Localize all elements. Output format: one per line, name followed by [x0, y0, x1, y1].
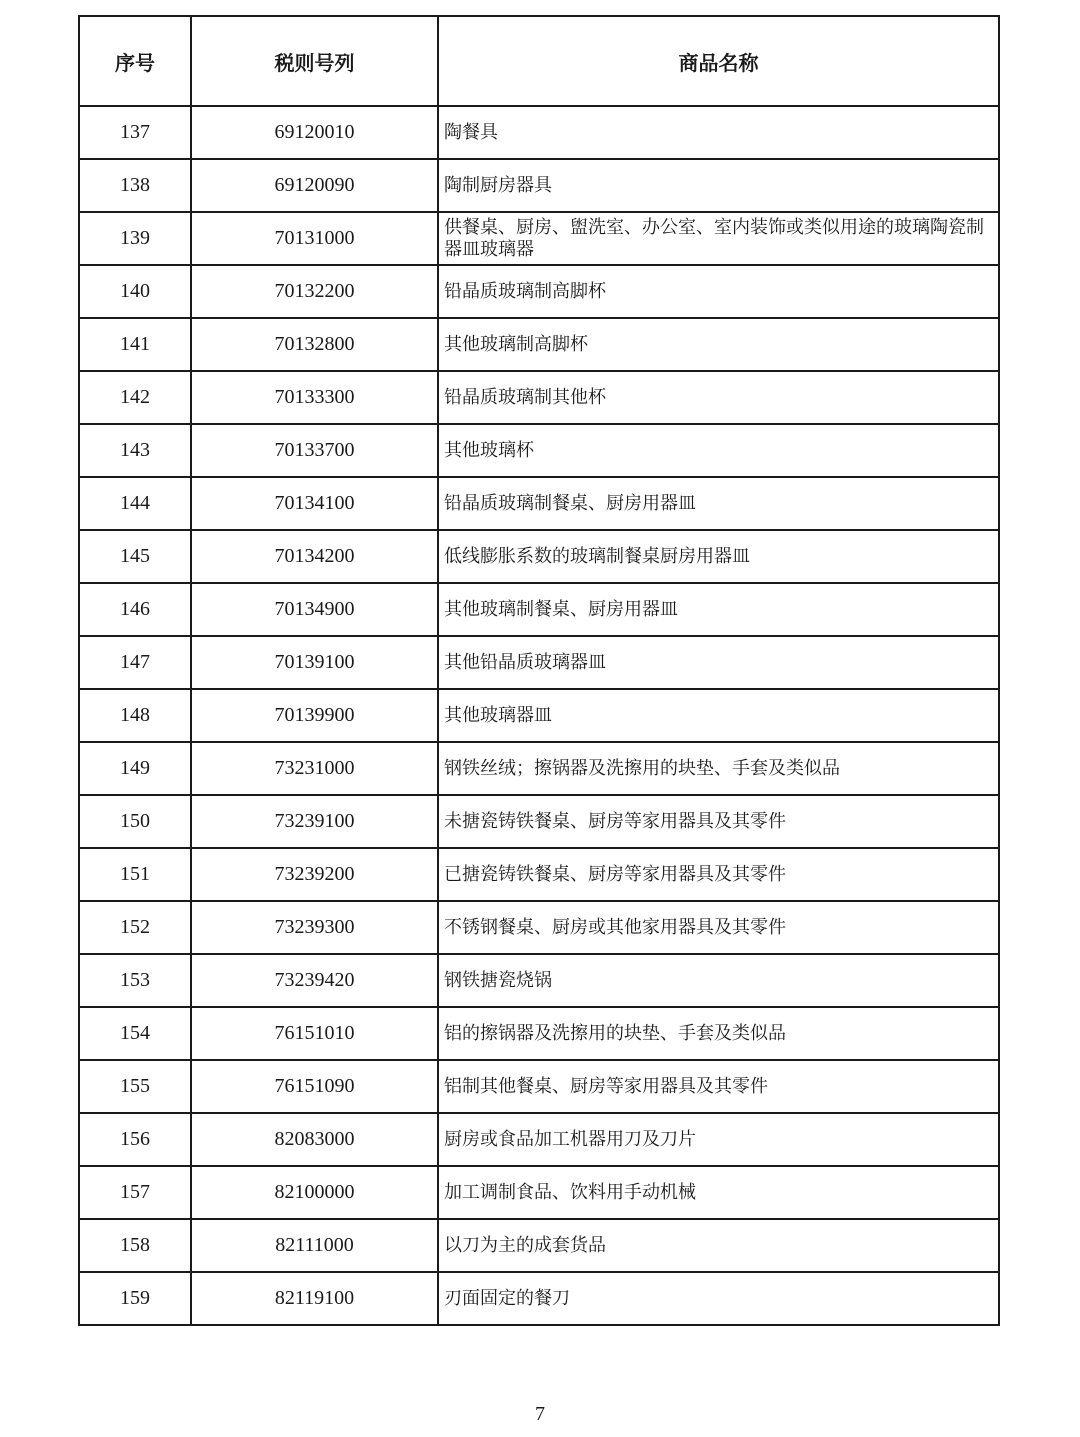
row-index: 143 [79, 424, 191, 477]
row-product-name: 铅晶质玻璃制其他杯 [438, 371, 999, 424]
row-product-name: 其他玻璃制餐桌、厨房用器皿 [438, 583, 999, 636]
row-product-name: 供餐桌、厨房、盥洗室、办公室、室内装饰或类似用途的玻璃陶瓷制器皿玻璃器 [438, 212, 999, 265]
row-index: 155 [79, 1060, 191, 1113]
row-product-name: 铅晶质玻璃制餐桌、厨房用器皿 [438, 477, 999, 530]
page-number: 7 [0, 1403, 1080, 1426]
row-index: 147 [79, 636, 191, 689]
header-tariff-code: 税则号列 [191, 16, 438, 106]
row-tariff-code: 70134100 [191, 477, 438, 530]
row-tariff-code: 73239200 [191, 848, 438, 901]
row-product-name: 未搪瓷铸铁餐桌、厨房等家用器具及其零件 [438, 795, 999, 848]
row-index: 142 [79, 371, 191, 424]
row-tariff-code: 76151090 [191, 1060, 438, 1113]
table-row: 15782100000加工调制食品、饮料用手动机械 [79, 1166, 999, 1219]
row-tariff-code: 70132200 [191, 265, 438, 318]
row-index: 150 [79, 795, 191, 848]
row-product-name: 铝制其他餐桌、厨房等家用器具及其零件 [438, 1060, 999, 1113]
table-row: 15882111000以刀为主的成套货品 [79, 1219, 999, 1272]
row-index: 152 [79, 901, 191, 954]
row-tariff-code: 82119100 [191, 1272, 438, 1325]
row-index: 159 [79, 1272, 191, 1325]
row-tariff-code: 82100000 [191, 1166, 438, 1219]
row-product-name: 钢铁丝绒；擦锅器及洗擦用的块垫、手套及类似品 [438, 742, 999, 795]
table-row: 15173239200已搪瓷铸铁餐桌、厨房等家用器具及其零件 [79, 848, 999, 901]
row-product-name: 刃面固定的餐刀 [438, 1272, 999, 1325]
row-tariff-code: 70132800 [191, 318, 438, 371]
row-tariff-code: 73239420 [191, 954, 438, 1007]
table-header-row: 序号 税则号列 商品名称 [79, 16, 999, 106]
row-index: 141 [79, 318, 191, 371]
header-product-name: 商品名称 [438, 16, 999, 106]
table-body: 13769120010陶餐具13869120090陶制厨房器具139701310… [79, 106, 999, 1325]
row-product-name: 不锈钢餐桌、厨房或其他家用器具及其零件 [438, 901, 999, 954]
row-index: 145 [79, 530, 191, 583]
row-tariff-code: 73231000 [191, 742, 438, 795]
row-index: 137 [79, 106, 191, 159]
row-product-name: 低线膨胀系数的玻璃制餐桌厨房用器皿 [438, 530, 999, 583]
row-index: 144 [79, 477, 191, 530]
row-tariff-code: 82111000 [191, 1219, 438, 1272]
row-index: 138 [79, 159, 191, 212]
table-row: 14470134100铅晶质玻璃制餐桌、厨房用器皿 [79, 477, 999, 530]
row-index: 139 [79, 212, 191, 265]
row-product-name: 已搪瓷铸铁餐桌、厨房等家用器具及其零件 [438, 848, 999, 901]
tariff-table: 序号 税则号列 商品名称 13769120010陶餐具13869120090陶制… [78, 15, 1000, 1326]
row-product-name: 以刀为主的成套货品 [438, 1219, 999, 1272]
table-row: 14870139900其他玻璃器皿 [79, 689, 999, 742]
row-product-name: 加工调制食品、饮料用手动机械 [438, 1166, 999, 1219]
row-tariff-code: 70139900 [191, 689, 438, 742]
row-tariff-code: 82083000 [191, 1113, 438, 1166]
row-tariff-code: 70133700 [191, 424, 438, 477]
table-row: 15576151090铝制其他餐桌、厨房等家用器具及其零件 [79, 1060, 999, 1113]
row-product-name: 其他铅晶质玻璃器皿 [438, 636, 999, 689]
row-tariff-code: 70134200 [191, 530, 438, 583]
table-row: 15373239420钢铁搪瓷烧锅 [79, 954, 999, 1007]
row-product-name: 铝的擦锅器及洗擦用的块垫、手套及类似品 [438, 1007, 999, 1060]
row-index: 140 [79, 265, 191, 318]
table-row: 13869120090陶制厨房器具 [79, 159, 999, 212]
row-index: 157 [79, 1166, 191, 1219]
row-product-name: 钢铁搪瓷烧锅 [438, 954, 999, 1007]
row-index: 149 [79, 742, 191, 795]
table-row: 13970131000供餐桌、厨房、盥洗室、办公室、室内装饰或类似用途的玻璃陶瓷… [79, 212, 999, 265]
row-product-name: 其他玻璃制高脚杯 [438, 318, 999, 371]
row-tariff-code: 76151010 [191, 1007, 438, 1060]
row-tariff-code: 73239100 [191, 795, 438, 848]
table-row: 15682083000厨房或食品加工机器用刀及刀片 [79, 1113, 999, 1166]
table-row: 14770139100其他铅晶质玻璃器皿 [79, 636, 999, 689]
row-product-name: 其他玻璃器皿 [438, 689, 999, 742]
row-product-name: 铅晶质玻璃制高脚杯 [438, 265, 999, 318]
table-row: 14973231000钢铁丝绒；擦锅器及洗擦用的块垫、手套及类似品 [79, 742, 999, 795]
row-tariff-code: 69120090 [191, 159, 438, 212]
row-index: 154 [79, 1007, 191, 1060]
table-row: 14270133300铅晶质玻璃制其他杯 [79, 371, 999, 424]
row-index: 158 [79, 1219, 191, 1272]
row-product-name: 陶制厨房器具 [438, 159, 999, 212]
row-tariff-code: 69120010 [191, 106, 438, 159]
row-product-name: 陶餐具 [438, 106, 999, 159]
row-tariff-code: 70133300 [191, 371, 438, 424]
table-row: 14370133700其他玻璃杯 [79, 424, 999, 477]
table-row: 15982119100刃面固定的餐刀 [79, 1272, 999, 1325]
header-index: 序号 [79, 16, 191, 106]
row-index: 151 [79, 848, 191, 901]
table-row: 14570134200低线膨胀系数的玻璃制餐桌厨房用器皿 [79, 530, 999, 583]
row-index: 156 [79, 1113, 191, 1166]
row-tariff-code: 70134900 [191, 583, 438, 636]
row-tariff-code: 70139100 [191, 636, 438, 689]
table-row: 14670134900其他玻璃制餐桌、厨房用器皿 [79, 583, 999, 636]
row-tariff-code: 73239300 [191, 901, 438, 954]
table-row: 15073239100未搪瓷铸铁餐桌、厨房等家用器具及其零件 [79, 795, 999, 848]
row-index: 148 [79, 689, 191, 742]
row-index: 153 [79, 954, 191, 1007]
table-row: 15476151010铝的擦锅器及洗擦用的块垫、手套及类似品 [79, 1007, 999, 1060]
row-index: 146 [79, 583, 191, 636]
table-row: 14170132800其他玻璃制高脚杯 [79, 318, 999, 371]
row-product-name: 厨房或食品加工机器用刀及刀片 [438, 1113, 999, 1166]
row-product-name: 其他玻璃杯 [438, 424, 999, 477]
row-tariff-code: 70131000 [191, 212, 438, 265]
table-row: 13769120010陶餐具 [79, 106, 999, 159]
table-row: 15273239300不锈钢餐桌、厨房或其他家用器具及其零件 [79, 901, 999, 954]
table-row: 14070132200铅晶质玻璃制高脚杯 [79, 265, 999, 318]
